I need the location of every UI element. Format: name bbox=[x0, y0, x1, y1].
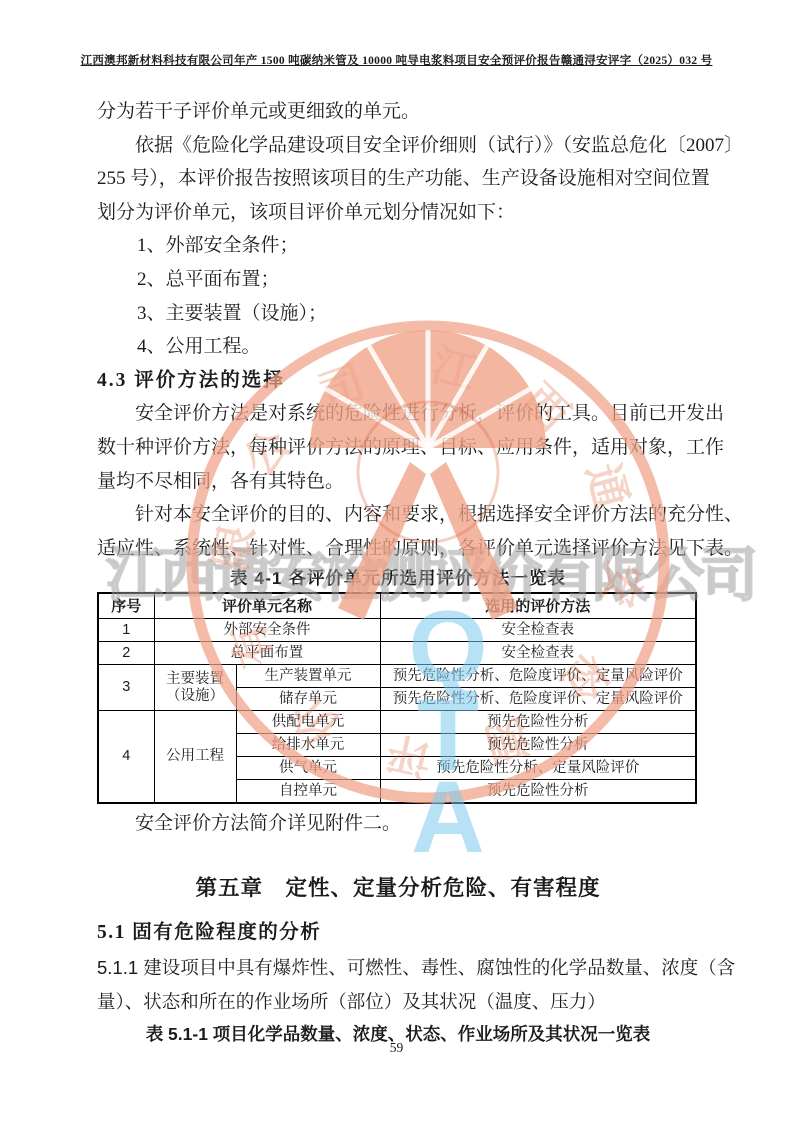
cell-method: 安全检查表 bbox=[380, 619, 696, 642]
paragraph-line: 分为若干子评价单元或更细致的单元。 bbox=[97, 95, 699, 129]
cell-method: 预先危险性分析、定量风险评价 bbox=[380, 757, 696, 780]
paragraph-line: 量均不尽相同，各有其特色。 bbox=[97, 465, 699, 499]
cell-method: 预先危险性分析、危险度评价、定量风险评价 bbox=[380, 688, 696, 711]
column-header-unit: 评价单元名称 bbox=[154, 593, 380, 619]
cell-method: 预先危险性分析、危险度评价、定量风险评价 bbox=[380, 665, 696, 688]
paragraph-line: 量）、状态和所在的作业场所（部位）及其状况（温度、压力） bbox=[97, 985, 699, 1019]
page-number: 59 bbox=[0, 1040, 793, 1056]
list-item: 1、外部安全条件； bbox=[97, 229, 699, 263]
cell-method: 预先危险性分析 bbox=[380, 734, 696, 757]
column-header-seq: 序号 bbox=[98, 593, 154, 619]
document-page: 江西澳邦新材料科技有限公司年产 1500 吨碳纳米管及 10000 吨导电浆料项… bbox=[0, 0, 793, 1122]
paragraph-line: 划分为评价单元，该项目评价单元划分情况如下： bbox=[97, 196, 699, 230]
cell-unit: 供配电单元 bbox=[236, 711, 380, 734]
paragraph-line: 5.1.1 建设项目中具有爆炸性、可燃性、毒性、腐蚀性的化学品数量、浓度（含 bbox=[97, 951, 699, 985]
cell-method: 预先危险性分析 bbox=[380, 780, 696, 804]
paragraph-line: 针对本安全评价的目的、内容和要求，根据选择安全评价方法的充分性、 bbox=[97, 498, 699, 532]
section-heading-5-1: 5.1 固有危险程度的分析 bbox=[97, 915, 699, 951]
cell-method: 安全检查表 bbox=[380, 642, 696, 665]
list-item: 3、主要装置（设施）； bbox=[97, 297, 699, 331]
cell-method: 预先危险性分析 bbox=[380, 711, 696, 734]
page-header: 江西澳邦新材料科技有限公司年产 1500 吨碳纳米管及 10000 吨导电浆料项… bbox=[0, 52, 793, 68]
table-row: 1 外部安全条件 安全检查表 bbox=[98, 619, 696, 642]
table-row: 3 主要装置 （设施） 生产装置单元 预先危险性分析、危险度评价、定量风险评价 bbox=[98, 665, 696, 688]
column-header-method: 选用的评价方法 bbox=[380, 593, 696, 619]
cell-seq: 2 bbox=[98, 642, 154, 665]
document-body: 分为若干子评价单元或更细致的单元。 依据《危险化学品建设项目安全评价细则（试行）… bbox=[97, 95, 699, 1049]
cell-group: 主要装置 （设施） bbox=[154, 665, 236, 711]
table-row: 2 总平面布置 安全检查表 bbox=[98, 642, 696, 665]
cell-unit: 外部安全条件 bbox=[154, 619, 380, 642]
list-item: 2、总平面布置； bbox=[97, 263, 699, 297]
paragraph-line: 安全评价方法是对系统的危险性进行分析，评价的工具。目前已开发出 bbox=[97, 397, 699, 431]
paragraph-line: 适应性、系统性、针对性、合理性的原则，各评价单元选择评价方法见下表。 bbox=[97, 532, 699, 566]
cell-group: 公用工程 bbox=[154, 711, 236, 804]
section-heading-4-3: 4.3 评价方法的选择 bbox=[97, 364, 699, 398]
cell-seq: 3 bbox=[98, 665, 154, 711]
cell-unit: 自控单元 bbox=[236, 780, 380, 804]
cell-unit: 生产装置单元 bbox=[236, 665, 380, 688]
table-header-row: 序号 评价单元名称 选用的评价方法 bbox=[98, 593, 696, 619]
header-title: 江西澳邦新材料科技有限公司年产 1500 吨碳纳米管及 10000 吨导电浆料项… bbox=[81, 55, 713, 67]
cell-unit: 供气单元 bbox=[236, 757, 380, 780]
list-item: 4、公用工程。 bbox=[97, 330, 699, 364]
paragraph-line: 255 号），本评价报告按照该项目的生产功能、生产设备设施相对空间位置 bbox=[97, 162, 699, 196]
table-row: 4 公用工程 供配电单元 预先危险性分析 bbox=[98, 711, 696, 734]
evaluation-methods-table: 序号 评价单元名称 选用的评价方法 1 外部安全条件 安全检查表 2 总平面布置… bbox=[97, 592, 697, 804]
cell-seq: 1 bbox=[98, 619, 154, 642]
chapter-5-title: 第五章 定性、定量分析危险、有害程度 bbox=[97, 873, 699, 903]
paragraph-line: 数十种评价方法，每种评价方法的原理、目标、应用条件，适用对象，工作 bbox=[97, 431, 699, 465]
cell-seq: 4 bbox=[98, 711, 154, 804]
paragraph-line: 依据《危险化学品建设项目安全评价细则（试行）》（安监总危化〔2007〕 bbox=[97, 129, 699, 163]
cell-unit: 总平面布置 bbox=[154, 642, 380, 665]
cell-unit: 给排水单元 bbox=[236, 734, 380, 757]
table-4-1-title: 表 4-1 各评价单元所选用评价方法一览表 bbox=[97, 565, 699, 592]
table-note: 安全评价方法简介详见附件二。 bbox=[97, 807, 699, 841]
cell-unit: 储存单元 bbox=[236, 688, 380, 711]
